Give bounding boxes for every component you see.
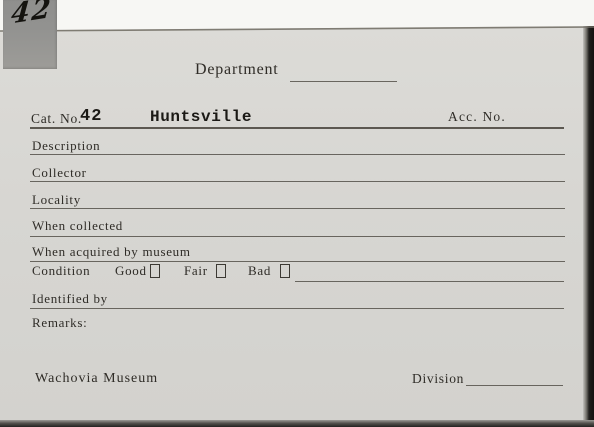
field-line-collector [30, 181, 565, 182]
condition-option-fair-label: Fair [184, 263, 208, 279]
scanned-catalog-card: 42 Department Cat. No. 42 Huntsville Acc… [0, 0, 594, 427]
cat-no-line [30, 127, 564, 129]
field-label-when-collected: When collected [32, 218, 123, 234]
field-label-locality: Locality [32, 192, 81, 208]
field-label-description: Description [32, 138, 100, 154]
condition-option-bad-label: Bad [248, 263, 271, 279]
good-checkbox [150, 264, 160, 278]
remarks-label: Remarks: [32, 315, 87, 331]
cat-no-value: 42 [80, 107, 102, 126]
field-label-collector: Collector [32, 165, 87, 181]
handwritten-number: 42 [10, 0, 54, 31]
department-label: Department [195, 61, 279, 79]
field-line-description [30, 154, 565, 155]
museum-name: Wachovia Museum [35, 371, 158, 387]
field-line-when-acquired [30, 261, 565, 262]
card-bottom-edge [0, 420, 594, 427]
identified-by-label: Identified by [32, 291, 108, 307]
field-label-when-acquired: When acquired by museum [32, 244, 191, 260]
fair-checkbox [216, 264, 226, 278]
city-value: Huntsville [150, 108, 252, 126]
cat-no-label: Cat. No. [31, 111, 82, 127]
condition-label: Condition [32, 263, 90, 279]
identified-by-line [30, 308, 564, 309]
field-line-when-collected [30, 236, 565, 237]
department-blank-line [290, 81, 397, 82]
card-right-edge [583, 24, 594, 427]
division-label: Division [412, 371, 464, 387]
condition-option-good-label: Good [115, 263, 147, 279]
condition-blank-line [295, 281, 564, 282]
corner-patch: 42 [3, 0, 57, 69]
field-line-locality [30, 208, 565, 209]
acc-no-label: Acc. No. [448, 109, 506, 125]
bad-checkbox [280, 264, 290, 278]
division-blank-line [466, 385, 563, 386]
card-top-edge [0, 0, 594, 36]
